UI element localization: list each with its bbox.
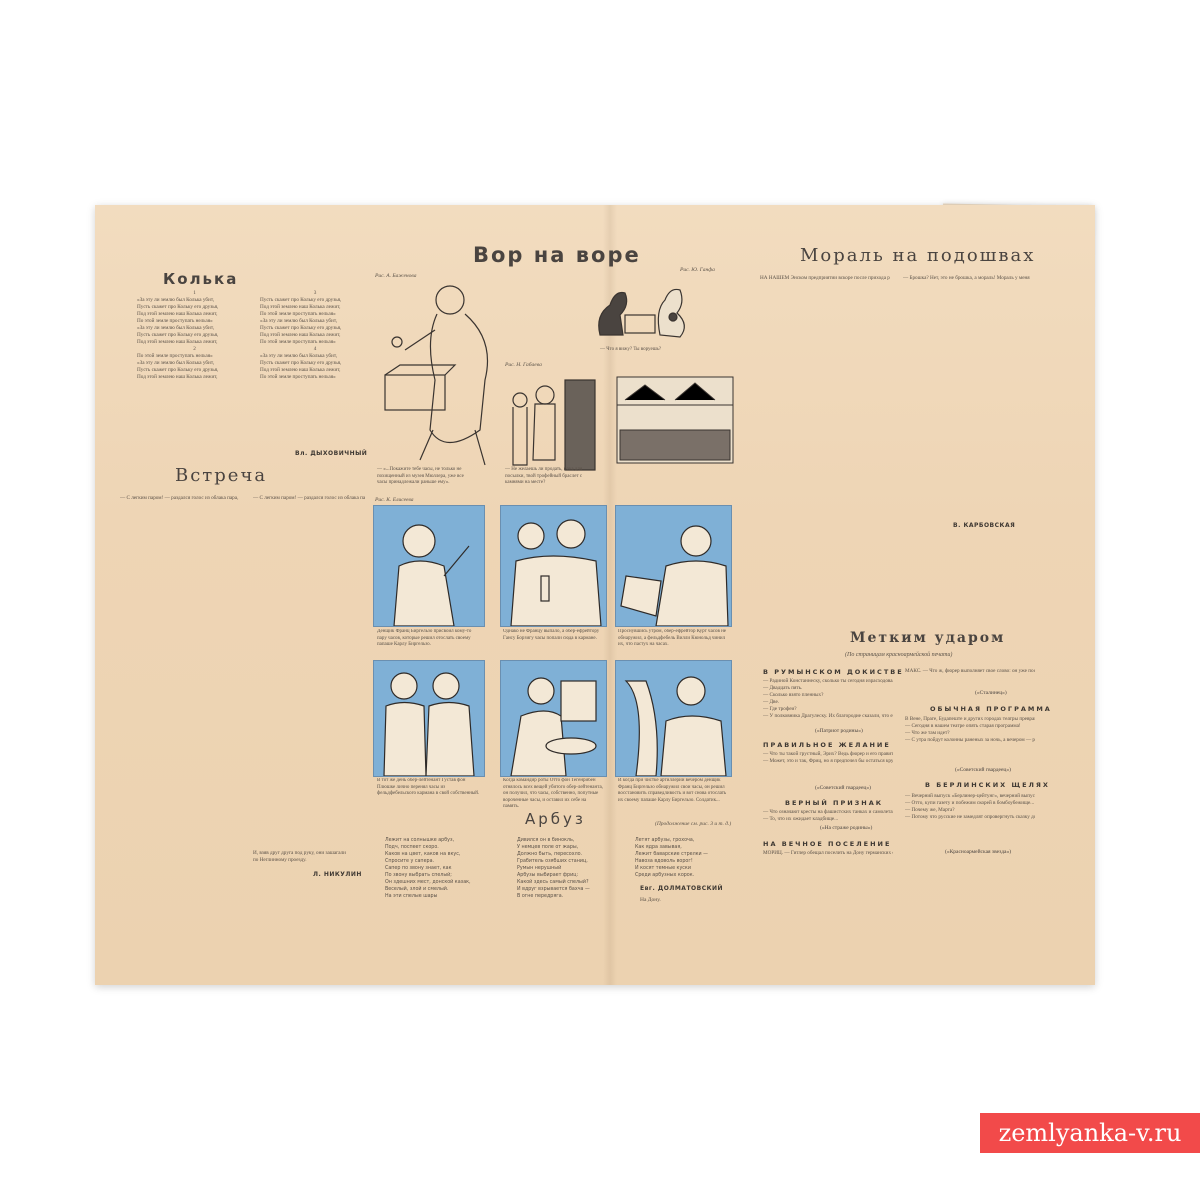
metkim-subtitle: (По страницам красноармейской печати) — [845, 652, 952, 658]
vor-na-vore-title: Вор на воре — [473, 243, 641, 267]
arbuz-byline: Евг. ДОЛМАТОВСКИЙ — [640, 885, 723, 892]
metkim-title: Метким ударом — [850, 630, 1005, 646]
newspaper-spread: Колька 1 «За эту ли землю был Колька уби… — [95, 205, 1095, 985]
caption-top-2: — Не желаешь ли продать, пока для посылк… — [505, 467, 600, 487]
vstrecha-byline: Л. НИКУЛИН — [313, 871, 362, 878]
item-text-romanian: — Радиной Констаннеску, сколько ты сегод… — [763, 678, 893, 726]
arbuz-title: Арбуз — [525, 810, 586, 828]
kolka-byline: Вл. ДЫХОВИЧНЫЙ — [295, 450, 367, 457]
comic-caption-3: Проснувшись утром, обер-ефрейтор Курт ча… — [618, 629, 728, 655]
kolka-poem-col2: 3 Пусть скажет про Кольку его друзья, По… — [260, 290, 370, 395]
kolka-title: Колька — [163, 270, 238, 288]
soldier-door-drawing — [505, 370, 605, 480]
moral-byline: В. КАРБОВСКАЯ — [953, 522, 1015, 529]
comic-caption-6: И когда при чистке артиллерии вечером де… — [618, 778, 728, 818]
item-source-wish: («Советский гвардеец») — [815, 785, 871, 791]
item-source-maks: («Сталинец») — [975, 690, 1007, 696]
woman-with-watch-drawing — [375, 280, 505, 470]
comic-caption-2: Однако не Францу выпало, а обер-ефрейтор… — [503, 629, 603, 655]
credit-eliseev: Рис. К. Елисеева — [375, 497, 414, 503]
camp-scene-drawing — [615, 375, 735, 465]
vstrecha-title: Встреча — [175, 465, 267, 486]
comic-panel-2 — [500, 505, 607, 627]
credit-bazhenov: Рис. А. Баженова — [375, 273, 416, 279]
item-heading-settlement: НА ВЕЧНОЕ ПОСЕЛЕНИЕ — [763, 840, 891, 848]
item-heading-berlin: В БЕРЛИНСКИХ ЩЕЛЯХ — [925, 781, 1050, 789]
comic-panel-4 — [373, 660, 485, 777]
comic-caption-1: Денщик Франц Биргельзо присвоил кому-то … — [377, 629, 482, 655]
comic-caption-4: В тот же день обер-лейтенант Густав фон … — [377, 778, 482, 804]
item-source-romanian: («Патриот родины») — [815, 728, 863, 734]
moral-column-2: — Брошка? Нет, это не брошка, а мораль! … — [903, 275, 1031, 520]
caption-top-1: — «...Покажите тебе часы, не только не п… — [377, 467, 472, 487]
vstrecha-column-1: — С легким паром! — раздался голос из об… — [120, 495, 245, 865]
credit-gabaev: Рис. Н. Габаева — [505, 362, 542, 368]
continuation-note: (Продолжение см. рис. 3 и т. д.) — [655, 821, 731, 827]
item-text-settlement: МОРИЦ. — Гитлер обещал поселить на Дону … — [763, 850, 893, 866]
item-text-berlin: — Вечерний выпуск «Берлинер-цейтунг», ве… — [905, 793, 1035, 841]
comic-panel-3 — [615, 505, 732, 627]
arbuz-place: На Дону. — [640, 897, 661, 903]
item-source-sign: («На страже родины») — [820, 825, 872, 831]
credit-ganf: Рис. Ю. Ганфа — [680, 267, 715, 273]
watermark-badge: zemlyanka-v.ru — [980, 1113, 1200, 1153]
vstrecha-closing: И, взяв друг друга под руку, они зашагал… — [253, 850, 365, 866]
two-dogs-drawing — [585, 275, 695, 345]
moral-title: Мораль на подошвах — [800, 245, 1035, 266]
item-heading-wish: ПРАВИЛЬНОЕ ЖЕЛАНИЕ — [763, 741, 891, 749]
item-text-program: В Вене, Праге, Будапеште и других города… — [905, 716, 1035, 758]
comic-panel-6 — [615, 660, 732, 777]
moral-column-1: НА НАШЕМ Энском предприятии вскоре после… — [760, 275, 890, 530]
comic-caption-5: Когда командир роты Отто фон Тегенрибен … — [503, 778, 603, 811]
item-source-program: («Советский гвардеец») — [955, 767, 1011, 773]
dog-caption: — Что я вижу? Ты воруешь? — [600, 347, 700, 354]
item-source-berlin: («Красноармейская звезда») — [945, 849, 1011, 855]
item-text-sign: — Что означают кресты на фашистских танк… — [763, 809, 893, 825]
arbuz-column-3: Летят арбузы, грохоча, Как ядра завывая,… — [635, 837, 735, 882]
comic-panel-1 — [373, 505, 485, 627]
item-heading-sign: ВЕРНЫЙ ПРИЗНАК — [785, 799, 883, 807]
vstrecha-column-2: — С легким паром! — раздался голос из об… — [253, 495, 365, 850]
arbuz-column-2: Дивился он в бинокль, У немцев поле от ж… — [517, 837, 617, 902]
item-text-wish: — Что ты такой грустный, Эрих? Ведь фюре… — [763, 751, 893, 779]
item-heading-romanian: В РУМЫНСКОМ ДОКИСТВЕ — [763, 668, 904, 676]
item-heading-program: ОБЫЧНАЯ ПРОГРАММА — [930, 705, 1052, 713]
arbuz-column-1: Лежит на солнышке арбуз, Подч, поспеет с… — [385, 837, 495, 902]
kolka-poem-col1: 1 «За эту ли землю был Колька убит, Пуст… — [137, 290, 252, 390]
item-text-maks: МАКС. — Что ж, фюрер выполняет свое слов… — [905, 668, 1035, 686]
comic-panel-5 — [500, 660, 607, 777]
